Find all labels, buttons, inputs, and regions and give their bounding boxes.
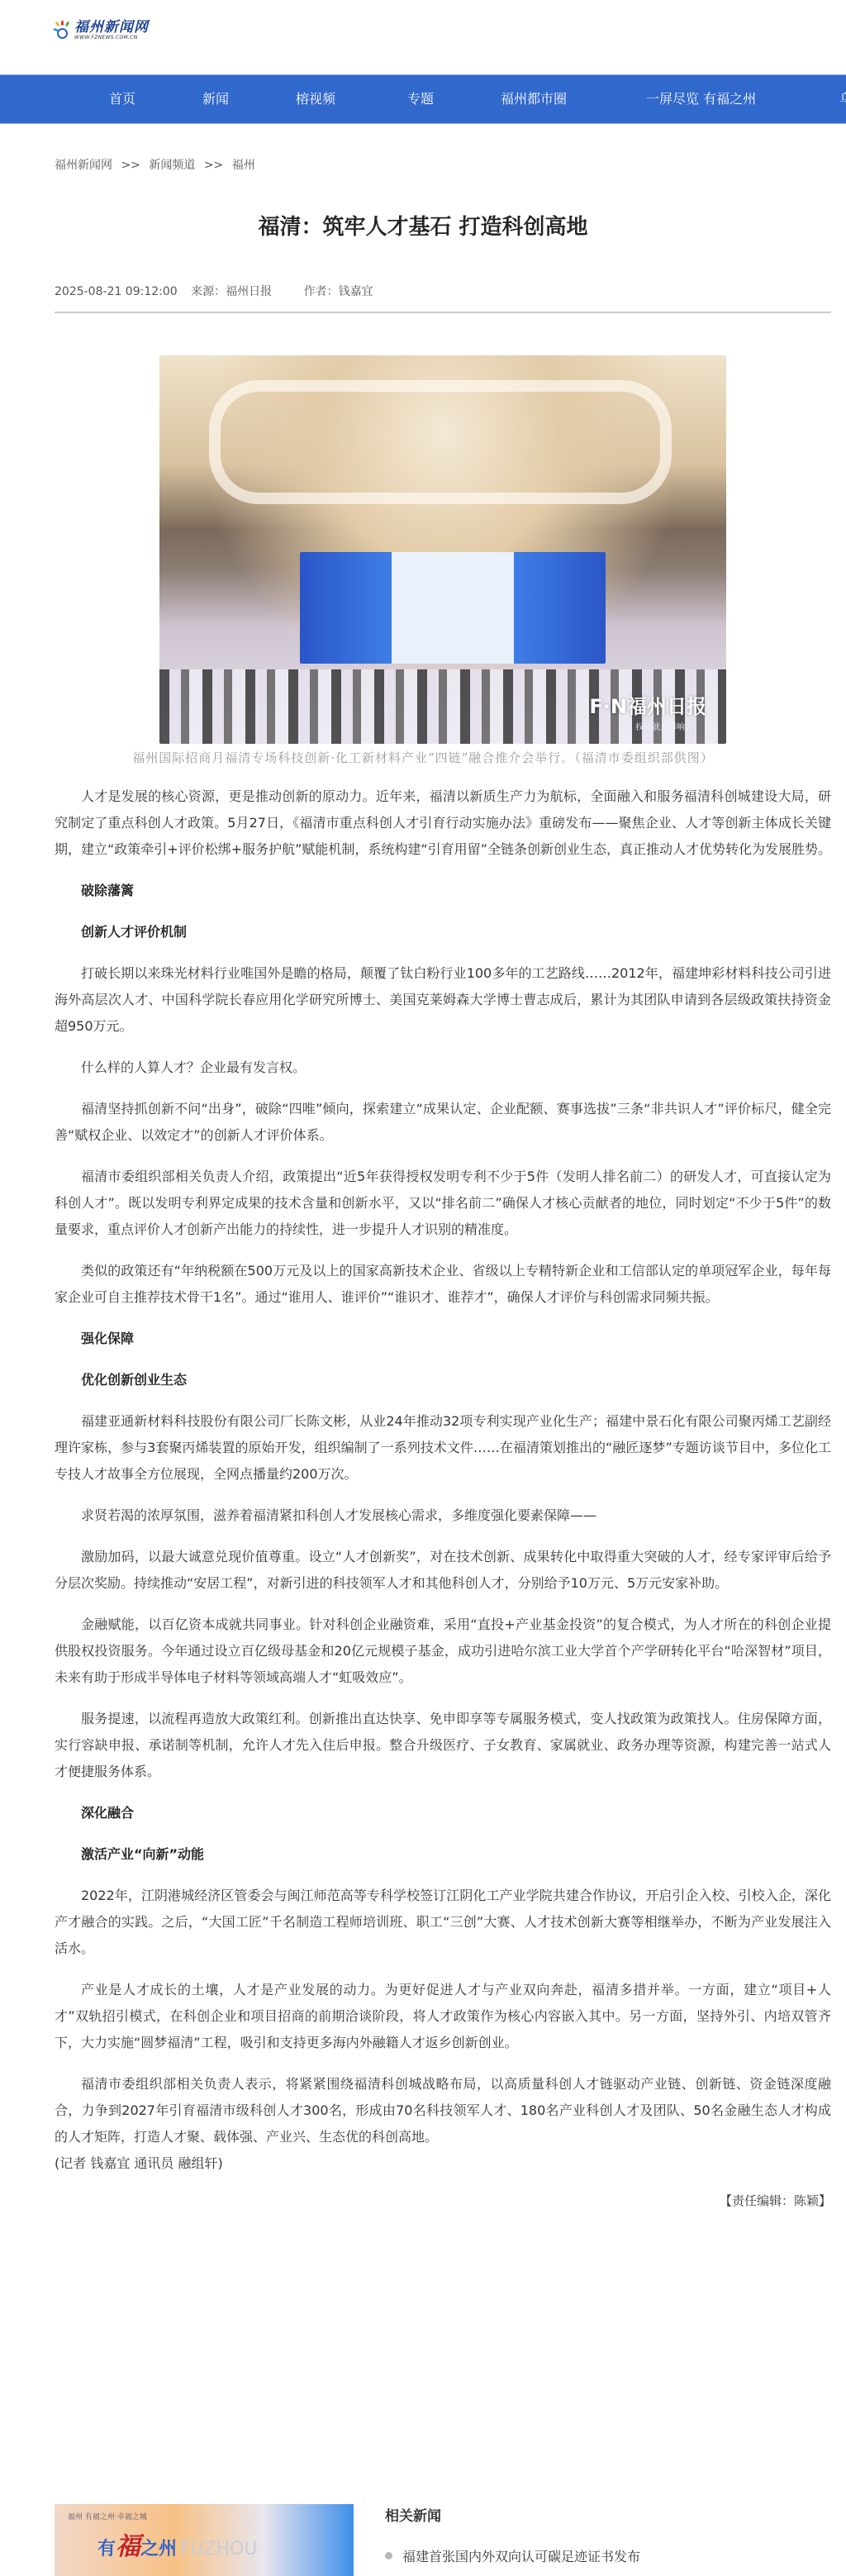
paragraph: 人才是发展的核心资源，更是推动创新的原动力。近年来，福清以新质生产力为航标，全面… xyxy=(55,783,831,863)
paragraph: 激励加码，以最大诚意兑现价值尊重。设立“人才创新奖”，对在技术创新、成果转化中取… xyxy=(55,1544,831,1597)
breadcrumb-home[interactable]: 福州新闻网 xyxy=(55,159,112,172)
nav-item-news[interactable]: 新闻 xyxy=(202,75,229,123)
logo-url: WWW.FZNEWS.COM.CN xyxy=(74,35,149,40)
paragraph: 产业是人才成长的土壤，人才是产业发展的动力。为更好促进人才与产业双向奔赴，福清多… xyxy=(55,1977,831,2056)
related-news-title: 相关新闻 xyxy=(385,2504,640,2525)
main-nav: 首页 新闻 榕视频 专题 福州都市圈 一屏尽览 有福之州 乌 xyxy=(0,74,846,124)
photo-ceiling-detail xyxy=(209,380,672,504)
paragraph: 福清市委组织部相关负责人表示，将紧紧围绕福清科创城战略布局，以高质量科创人才链驱… xyxy=(55,2071,831,2150)
article-photo: F·N福州日报 权威就是影响力 xyxy=(159,355,726,744)
article-source: 来源：福州日报 xyxy=(191,285,272,298)
promo-banner-tagline: 福州 有福之州·幸福之城 xyxy=(68,2511,147,2521)
reporter-credit: (记者 钱嘉宜 通讯员 融组轩) xyxy=(55,2150,831,2177)
photo-watermark-slogan: 权威就是影响力 xyxy=(635,720,693,732)
paragraph: 打破长期以来珠光材料行业唯国外是瞻的格局，颠覆了钛白粉行业100多年的工艺路线…… xyxy=(55,960,831,1040)
paragraph: 什么样的人算人才？企业最有发言权。 xyxy=(55,1055,831,1081)
paragraph: 服务提速，以流程再造放大政策红利。创新推出直达快享、免申即享等专属服务模式，变人… xyxy=(55,1706,831,1785)
meta-divider xyxy=(55,312,831,313)
section-subheading: 激活产业“向新”动能 xyxy=(55,1841,831,1868)
related-news-link[interactable]: 福建首张国内外双向认可碳足迹证书发布 xyxy=(402,2546,640,2565)
related-news: 相关新闻 福建首张国内外双向认可碳足迹证书发布 xyxy=(385,2504,640,2565)
promo-title-en: FUZHOU xyxy=(180,2539,257,2559)
paragraph: 2022年，江阴港城经济区管委会与闽江师范高等专科学校签订江阴化工产业学院共建合… xyxy=(55,1883,831,1962)
article-meta: 2025-08-21 09:12:00 来源：福州日报 作者：钱嘉宜 xyxy=(55,283,383,299)
nav-item-more[interactable]: 乌 xyxy=(839,75,846,123)
article-author: 作者：钱嘉宜 xyxy=(304,285,373,298)
breadcrumb: 福州新闻网 >> 新闻频道 >> 福州 xyxy=(55,156,260,173)
promo-title-prefix: 有 xyxy=(97,2539,116,2559)
site-header: 福州新闻网 WWW.FZNEWS.COM.CN xyxy=(0,0,846,74)
paragraph: 福建亚通新材料科技股份有限公司厂长陈文彬，从业24年推动32项专利实现产业化生产… xyxy=(55,1408,831,1488)
promo-banner[interactable]: 福州 有福之州·幸福之城 有福之州FUZHOU xyxy=(55,2504,354,2576)
photo-caption: 福州国际招商月福清专场科技创新·化工新材料产业“四链”融合推介会举行。（福清市委… xyxy=(0,749,846,766)
breadcrumb-separator: >> xyxy=(204,159,223,172)
site-logo[interactable]: 福州新闻网 WWW.FZNEWS.COM.CN xyxy=(55,20,149,40)
nav-item-fuzhou-metro[interactable]: 福州都市圈 xyxy=(501,75,567,123)
promo-banner-title: 有福之州FUZHOU xyxy=(97,2526,257,2562)
paragraph: 福清市委组织部相关负责人介绍，政策提出“近5年获得授权发明专利不少于5件（发明人… xyxy=(55,1164,831,1243)
nav-item-home[interactable]: 首页 xyxy=(109,75,135,123)
section-subheading: 优化创新创业生态 xyxy=(55,1367,831,1393)
paragraph: 金融赋能，以百亿资本成就共同事业。针对科创企业融资难，采用“直投+产业基金投资”… xyxy=(55,1612,831,1691)
bullet-icon xyxy=(385,2552,392,2559)
nav-item-fuzhou-overview[interactable]: 一屏尽览 有福之州 xyxy=(646,75,756,123)
section-heading: 破除藩篱 xyxy=(55,878,831,904)
breadcrumb-fuzhou[interactable]: 福州 xyxy=(232,159,255,172)
photo-stage-screen xyxy=(300,552,606,664)
bottom-section: 福州 有福之州·幸福之城 有福之州FUZHOU 相关新闻 福建首张国内外双向认可… xyxy=(55,2504,831,2576)
related-news-item[interactable]: 福建首张国内外双向认可碳足迹证书发布 xyxy=(385,2546,640,2565)
publish-datetime: 2025-08-21 09:12:00 xyxy=(55,285,178,298)
paragraph: 求贤若渴的浓厚氛围，滋养着福清紧扣科创人才发展核心需求，多维度强化要素保障—— xyxy=(55,1502,831,1529)
nav-item-video[interactable]: 榕视频 xyxy=(296,75,335,123)
responsible-editor: 【责任编辑：陈颖】 xyxy=(55,2192,831,2209)
breadcrumb-separator: >> xyxy=(121,159,140,172)
section-heading: 强化保障 xyxy=(55,1326,831,1352)
promo-title-fu: 福 xyxy=(116,2532,140,2561)
logo-text: 福州新闻网 xyxy=(74,20,149,35)
promo-title-suffix: 之州 xyxy=(140,2539,177,2559)
paragraph: 类似的政策还有“年纳税额在500万元及以上的国家高新技术企业、省级以上专精特新企… xyxy=(55,1258,831,1311)
section-heading: 深化融合 xyxy=(55,1800,831,1826)
nav-item-topics[interactable]: 专题 xyxy=(407,75,434,123)
logo-icon xyxy=(55,21,71,40)
photo-watermark: F·N福州日报 xyxy=(589,690,706,719)
section-subheading: 创新人才评价机制 xyxy=(55,919,831,945)
article-body: 人才是发展的核心资源，更是推动创新的原动力。近年来，福清以新质生产力为航标，全面… xyxy=(55,783,831,2209)
article-title: 福清：筑牢人才基石 打造科创高地 xyxy=(0,210,846,240)
paragraph: 福清坚持抓创新不问“出身”，破除“四唯”倾向，探索建立“成果认定、企业配额、赛事… xyxy=(55,1096,831,1149)
breadcrumb-news-channel[interactable]: 新闻频道 xyxy=(149,159,195,172)
